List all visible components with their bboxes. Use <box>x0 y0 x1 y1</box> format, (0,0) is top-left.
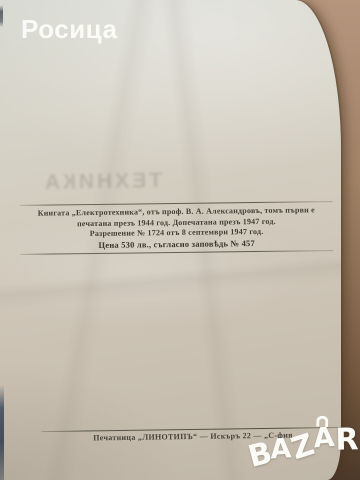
bazar-bag-icon: A <box>313 424 336 452</box>
show-through-text: ТЕХНИКА <box>12 168 192 195</box>
left-edge-shadow-top <box>0 5 3 27</box>
book-page-photo: Росица ТЕХНИКА Книгата „Електротехника“,… <box>0 0 360 480</box>
left-edge-shadow-bottom <box>0 385 4 480</box>
imprint-bottom-rule <box>20 250 333 255</box>
book-page: Росица ТЕХНИКА Книгата „Електротехника“,… <box>0 0 341 480</box>
imprint-block: Книгата „Електротехника“, отъ проф. В. А… <box>20 201 334 255</box>
seller-watermark: Росица <box>21 14 117 45</box>
bazar-letter-r: R <box>335 425 359 455</box>
